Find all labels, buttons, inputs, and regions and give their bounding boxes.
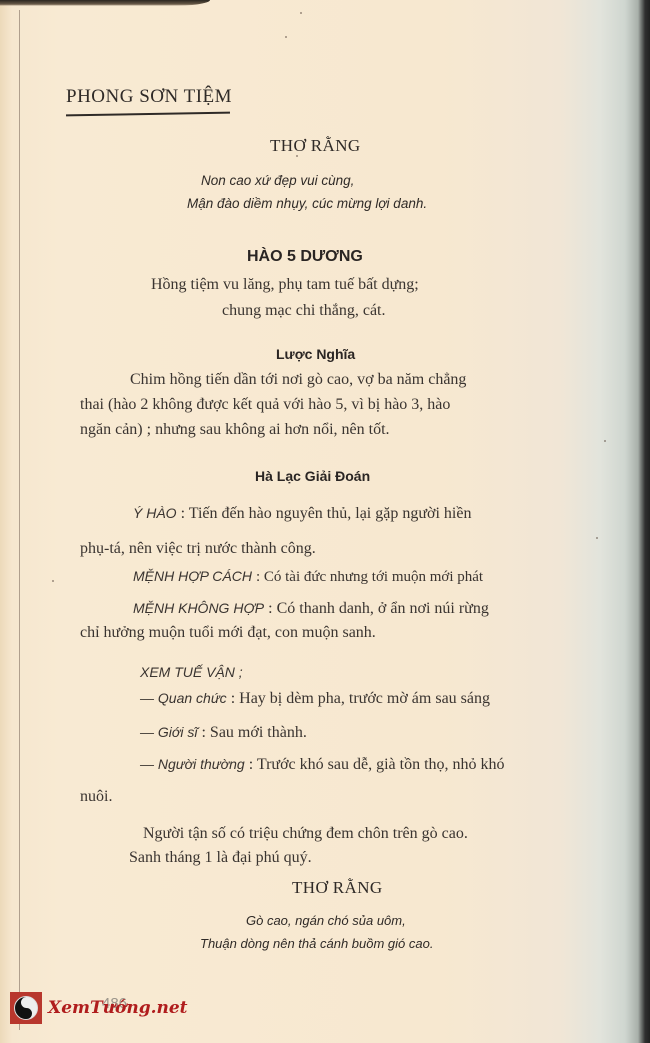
speck (604, 440, 606, 442)
ha-lac-title: Hà Lạc Giải Đoán (255, 468, 370, 484)
tue-van-item-2: — Giới sĩ : Sau mới thành. (140, 724, 307, 742)
menh-hop-text: : Có tài đức nhưng tới muộn mới phát (256, 569, 483, 585)
scan-shadow (0, 0, 210, 6)
poem2-line-2: Thuận dòng nên thả cánh buồm gió cao. (200, 936, 433, 951)
y-hao-cont: phụ-tá, nên việc trị nước thành công. (80, 540, 316, 558)
menh-khong-row: MỆNH KHÔNG HỢP : Có thanh danh, ở ẩn nơi… (133, 600, 489, 618)
y-hao-label: Ý HÀO (133, 505, 177, 521)
item-label: — Người thường (140, 756, 245, 772)
closing-line-2: Sanh tháng 1 là đại phú quý. (129, 849, 312, 867)
item-text: : Trước khó sau dễ, già tồn thọ, nhỏ khó (249, 756, 505, 773)
hao-title: HÀO 5 DƯƠNG (247, 248, 363, 266)
item-label: — Giới sĩ (140, 724, 197, 740)
speck (52, 580, 54, 582)
poem2-line-1: Gò cao, ngán chó sủa uôm, (246, 913, 406, 928)
tue-van-item-3-cont: nuôi. (80, 788, 112, 806)
margin-line (19, 10, 20, 1030)
hao-line-1: Hồng tiệm vu lăng, phụ tam tuế bất dựng; (151, 276, 419, 294)
poem-line-2: Mận đào diềm nhụy, cúc mừng lợi danh. (187, 196, 427, 211)
item-label: — Quan chức (140, 690, 227, 706)
yin-yang-icon (10, 992, 42, 1024)
menh-khong-text: : Có thanh danh, ở ẩn nơi núi rừng (268, 600, 489, 617)
hao-line-2: chung mạc chi thắng, cát. (222, 302, 386, 320)
running-head: PHONG SƠN TIỆM (66, 86, 232, 108)
book-page: PHONG SƠN TIỆM THƠ RẰNG Non cao xứ đẹp v… (0, 0, 650, 1043)
speck (296, 155, 298, 157)
y-hao-text: : Tiến đến hào nguyên thủ, lại gặp người… (181, 505, 472, 522)
tue-van-item-1: — Quan chức : Hay bị dèm pha, trước mờ á… (140, 690, 490, 708)
menh-khong-label: MỆNH KHÔNG HỢP (133, 600, 264, 616)
menh-hop-label: MỆNH HỢP CÁCH (133, 568, 252, 584)
luoc-nghia-line-3: ngăn cản) ; nhưng sau không ai hơn nổi, … (80, 421, 390, 439)
watermark-logo: XemTướng.net (10, 992, 188, 1024)
tue-van-item-3: — Người thường : Trước khó sau dễ, già t… (140, 756, 505, 774)
luoc-nghia-title: Lược Nghĩa (276, 346, 355, 362)
luoc-nghia-line-2: thai (hào 2 không được kết quả với hào 5… (80, 396, 450, 414)
item-text: : Sau mới thành. (201, 724, 306, 741)
running-head-rule (66, 112, 230, 117)
speck (285, 36, 287, 38)
speck (300, 12, 302, 14)
menh-hop-row: MỆNH HỢP CÁCH : Có tài đức nhưng tới muộ… (133, 568, 483, 586)
poem-title-1: THƠ RẰNG (270, 136, 361, 156)
item-text: : Hay bị dèm pha, trước mờ ám sau sáng (231, 690, 490, 707)
closing-line-1: Người tận số có triệu chứng đem chôn trê… (143, 825, 468, 843)
poem-line-1: Non cao xứ đẹp vui cùng, (201, 173, 354, 188)
y-hao-row: Ý HÀO : Tiến đến hào nguyên thủ, lại gặp… (133, 505, 471, 523)
menh-khong-cont: chỉ hưởng muộn tuổi mới đạt, con muộn sa… (80, 624, 376, 642)
luoc-nghia-line-1: Chim hồng tiến dần tới nơi gò cao, vợ ba… (130, 371, 466, 389)
xem-tue-van: XEM TUẾ VẬN ; (140, 664, 243, 680)
speck (596, 537, 598, 539)
watermark-text: XemTướng.net (48, 998, 188, 1018)
poem-title-2: THƠ RẰNG (292, 878, 383, 898)
